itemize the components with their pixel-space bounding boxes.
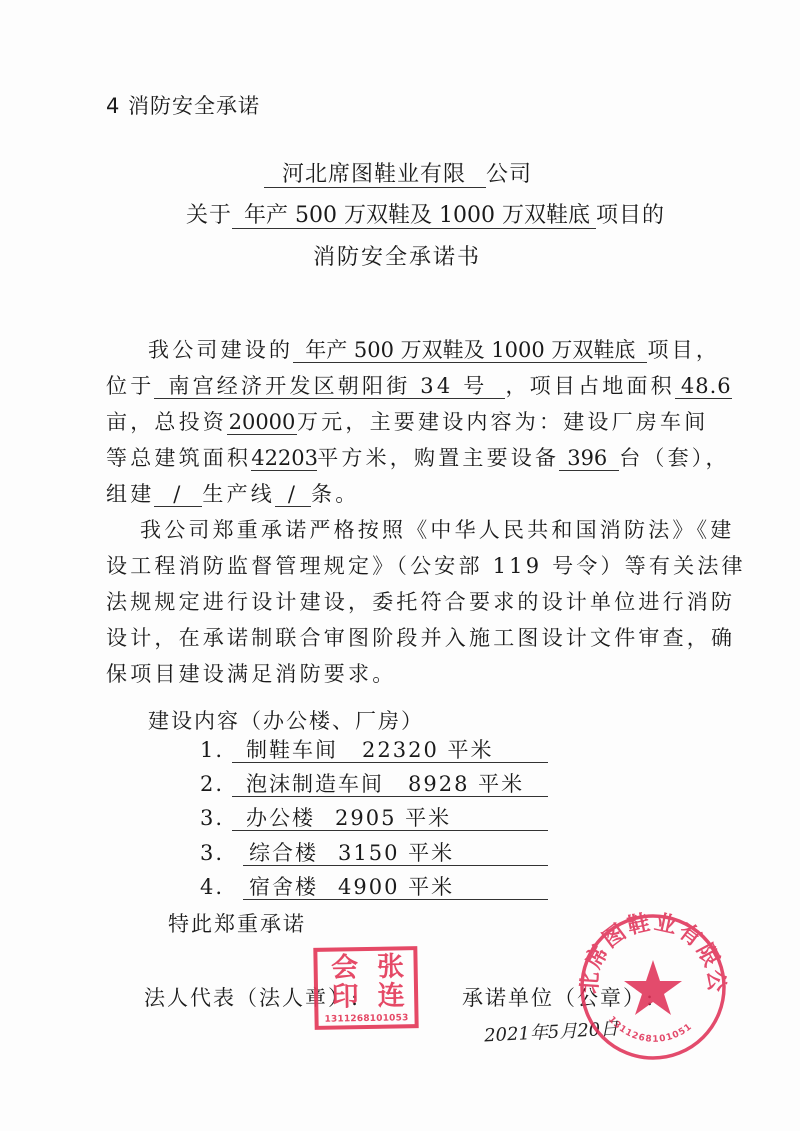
para1-text: 亩，总投资 <box>106 410 227 434</box>
item-number: 3. <box>200 806 232 830</box>
item-number: 3. <box>200 841 243 865</box>
item-number: 1. <box>200 738 232 762</box>
seal-char: 印 <box>322 982 368 1012</box>
item-name: 综合楼 <box>249 841 318 865</box>
para1-text: 台（套）， <box>619 446 730 470</box>
document-title: 消防安全承诺书 <box>313 240 481 271</box>
company-suffix: 公司 <box>486 162 532 187</box>
seal-char: 张 <box>367 952 413 982</box>
para1-line2: 位于南宫经济开发区朝阳街 34 号，项目占地面积48.6 <box>106 370 732 400</box>
seal-code: 1311268101051 <box>606 1015 695 1045</box>
item-name: 宿舍楼 <box>249 875 318 899</box>
title-company-line: 河北席图鞋业有限公司 <box>264 157 532 188</box>
para1-text: 生产线 <box>202 482 275 506</box>
item-name: 泡沫制造车间 <box>246 772 384 796</box>
item-area: 22320 平米 <box>362 738 493 762</box>
para1-text: 我公司建设的 <box>148 338 293 362</box>
location-field: 南宫经济开发区朝阳街 34 号 <box>154 374 505 399</box>
star-icon <box>624 960 682 1015</box>
para1-text: 位于 <box>106 374 154 398</box>
equipment-count-field: 396 <box>559 446 619 471</box>
line-count-field: / <box>275 482 311 507</box>
section-heading: 4 消防安全承诺 <box>106 90 260 120</box>
item-number: 2. <box>200 772 232 796</box>
project-name: 年产 500 万双鞋及 1000 万双鞋底 <box>232 203 596 229</box>
seal-char: 会 <box>321 953 367 983</box>
closing-statement: 特此郑重承诺 <box>168 908 306 938</box>
item-area: 8928 平米 <box>408 772 524 796</box>
svg-text:1311268101051: 1311268101051 <box>606 1015 695 1045</box>
item-area: 2905 平米 <box>335 806 451 830</box>
para1-text: 等总建筑面积 <box>106 446 251 470</box>
para1-text: 项目， <box>647 338 720 362</box>
building-area-field: 42203 <box>251 446 317 471</box>
para1-text: 平方米，购置主要设备 <box>317 446 559 470</box>
para2-line3: 法规规定进行设计建设，委托符合要求的设计单位进行消防 <box>106 586 735 616</box>
construction-item: 3.办公楼2905 平米 <box>200 806 548 831</box>
para2-line4: 设计，在承诺制联合审图阶段并入施工图设计文件审查，确 <box>106 622 735 652</box>
para1-text: 条。 <box>311 482 359 506</box>
para2-line1: 我公司郑重承诺严格按照《中华人民共和国消防法》《建 <box>140 514 735 544</box>
construction-item: 3.综合楼3150 平米 <box>200 841 548 866</box>
construction-heading: 建设内容（办公楼、厂房） <box>148 705 424 735</box>
item-area: 4900 平米 <box>338 875 454 899</box>
para1-line3: 亩，总投资20000万元，主要建设内容为：建设厂房车间 <box>106 406 708 436</box>
land-area-field: 48.6 <box>675 374 732 399</box>
document-page: 4 消防安全承诺 河北席图鞋业有限公司 关于年产 500 万双鞋及 1000 万… <box>0 0 800 1131</box>
para2-line5: 保项目建设满足消防要求。 <box>106 658 396 688</box>
company-name: 河北席图鞋业有限 <box>264 162 486 188</box>
item-number: 4. <box>200 875 243 899</box>
para1-line4: 等总建筑面积42203平方米，购置主要设备396台（套）， <box>106 442 730 472</box>
para1-text: 组建 <box>106 482 154 506</box>
para1-text: 万元，主要建设内容为：建设厂房车间 <box>297 410 708 434</box>
project-name-field: 年产 500 万双鞋及 1000 万双鞋底 <box>293 338 647 363</box>
item-name: 办公楼 <box>246 806 315 830</box>
seal-char: 连 <box>368 981 414 1011</box>
para1-line5: 组建/生产线/条。 <box>106 478 359 508</box>
personal-seal: 会 张 印 连 1311268101053 <box>313 946 418 1030</box>
seal-code: 1311268101053 <box>318 1013 414 1025</box>
para1-text: ，项目占地面积 <box>505 374 674 398</box>
production-lines-field: / <box>154 482 202 507</box>
project-prefix: 关于 <box>186 203 232 228</box>
company-seal-graphic: 河北席图鞋业有限公司 1311268101051 <box>578 912 728 1062</box>
investment-field: 20000 <box>227 410 297 435</box>
para1-line1: 我公司建设的年产 500 万双鞋及 1000 万双鞋底项目， <box>148 334 720 364</box>
item-area: 3150 平米 <box>338 841 454 865</box>
construction-item: 1.制鞋车间22320 平米 <box>200 738 548 763</box>
item-name: 制鞋车间 <box>246 738 338 762</box>
title-project-line: 关于年产 500 万双鞋及 1000 万双鞋底项目的 <box>186 198 665 229</box>
construction-item: 2.泡沫制造车间8928 平米 <box>200 772 548 797</box>
para2-line2: 设工程消防监督管理规定》（公安部 119 号令）等有关法律 <box>106 550 746 580</box>
project-suffix: 项目的 <box>596 203 665 228</box>
construction-item: 4.宿舍楼4900 平米 <box>200 875 548 900</box>
company-seal: 河北席图鞋业有限公司 1311268101051 <box>578 912 728 1062</box>
